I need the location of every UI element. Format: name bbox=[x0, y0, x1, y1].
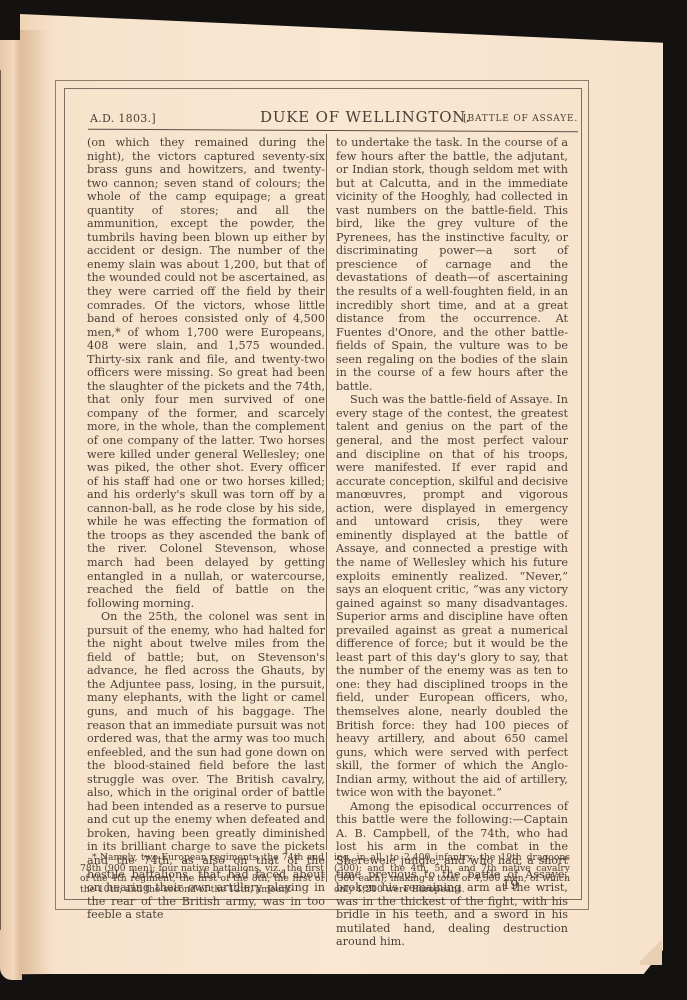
paragraph: (on which they remained during the night… bbox=[87, 136, 325, 610]
running-head-section: [BATTLE OF ASSAYE. bbox=[463, 114, 578, 124]
paragraph: to undertake the task. In the course of … bbox=[336, 136, 568, 393]
left-column: (on which they remained during the night… bbox=[87, 136, 325, 922]
previous-page-edge bbox=[0, 40, 22, 980]
running-head-title: DUKE OF WELLINGTON. bbox=[260, 108, 471, 126]
footnote-left: * Namely, two European regiments, the 74… bbox=[80, 853, 324, 895]
footnote-right: ing, in all, to 2,400 infantry; the 19th… bbox=[334, 853, 570, 895]
running-head-date: A.D. 1803.] bbox=[90, 112, 156, 125]
footnote-text: ing, in all, to 2,400 infantry; the 19th… bbox=[334, 853, 570, 895]
right-column: to undertake the task. In the course of … bbox=[336, 136, 568, 949]
footnote-divider bbox=[326, 852, 327, 882]
footnote-text: * Namely, two European regiments, the 74… bbox=[80, 853, 324, 895]
page-number: 19 bbox=[502, 878, 519, 893]
page-corner-fold bbox=[640, 935, 662, 965]
paragraph: Such was the battle-field of Assaye. In … bbox=[336, 393, 568, 799]
column-divider bbox=[326, 134, 327, 850]
gutter-shadow bbox=[20, 30, 50, 975]
previous-page-rule bbox=[0, 70, 9, 930]
